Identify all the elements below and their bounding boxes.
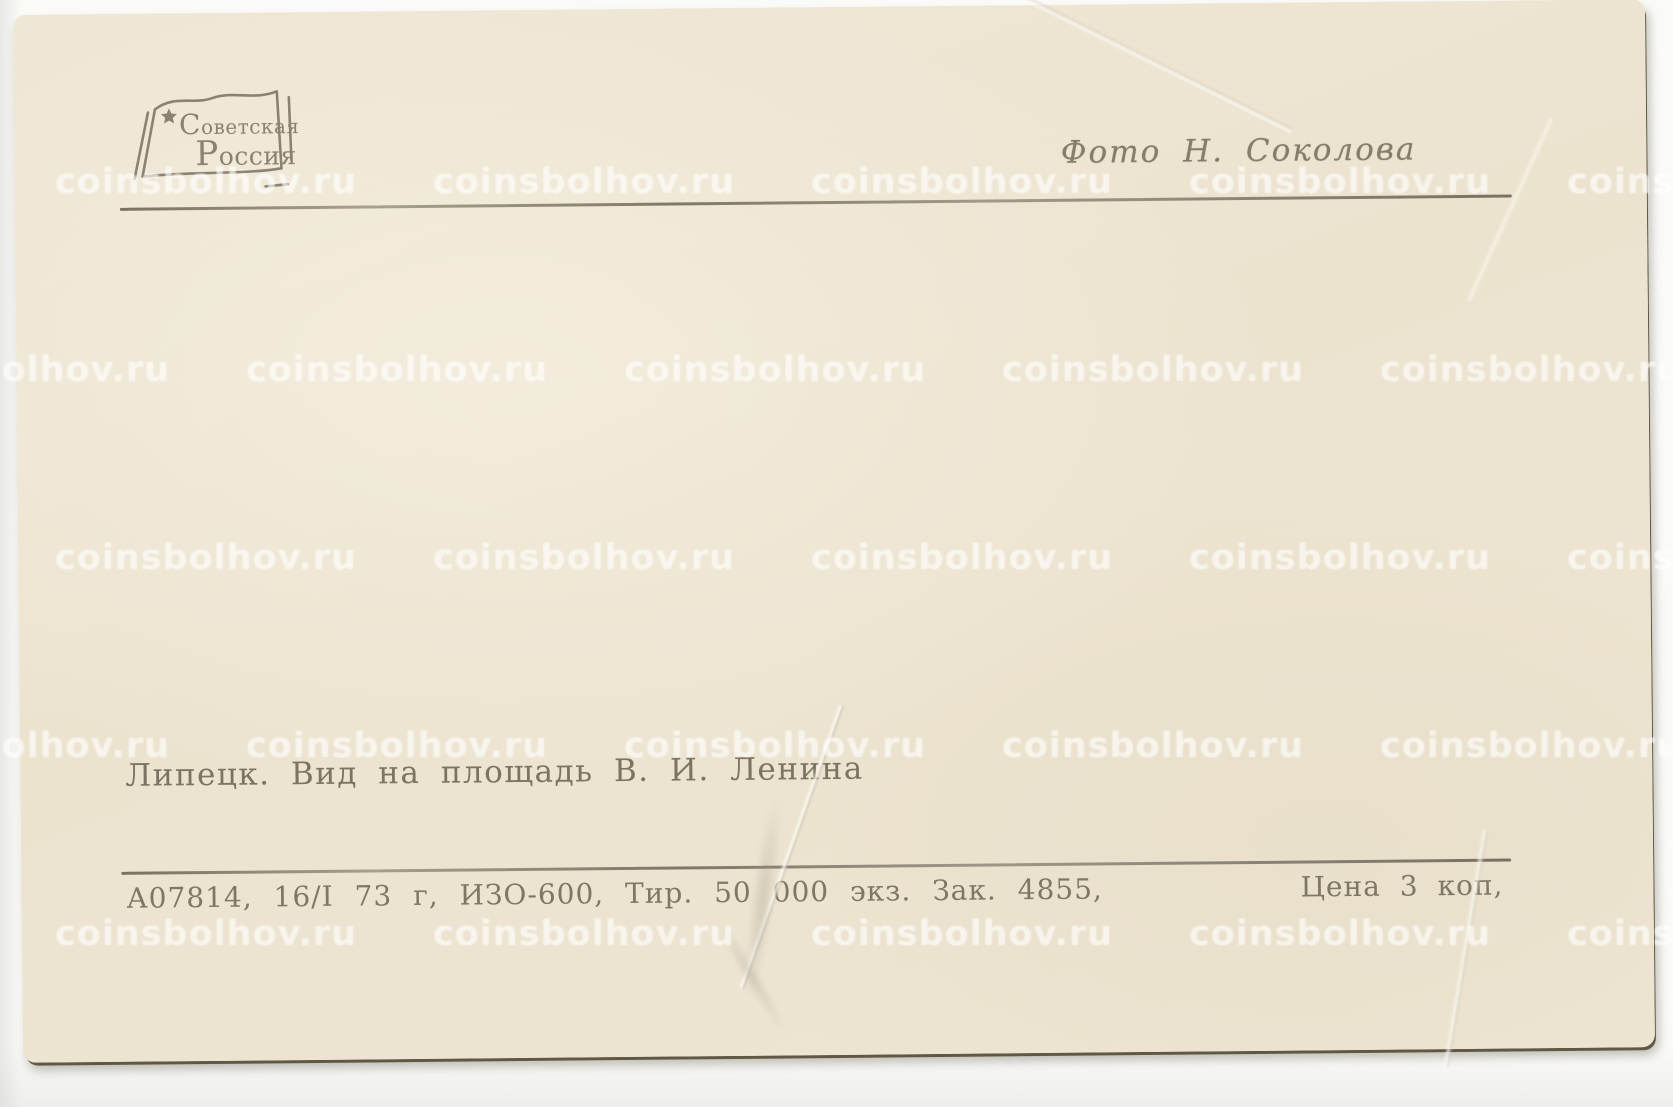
- crease-bottom-center: [738, 705, 844, 990]
- logo-text-line2: Россия: [195, 133, 297, 174]
- postcard-caption: Липецк. Вид на площадь В. И. Ленина: [125, 751, 864, 794]
- star-icon: [161, 108, 177, 123]
- scuff-bottom-center-2: [706, 908, 798, 1046]
- scanned-postcard-back: Советская Россия Фото Н. Соколова Липецк…: [0, 0, 1673, 1107]
- top-divider-rule: [120, 194, 1512, 210]
- postcard: Советская Россия Фото Н. Соколова Липецк…: [13, 0, 1655, 1063]
- photo-credit: Фото Н. Соколова: [1061, 131, 1417, 170]
- crease-top-right: [1004, 0, 1294, 135]
- publisher-logo-sovetskaya-rossiya-icon: Советская Россия: [117, 80, 308, 197]
- crease-right-upper: [1466, 118, 1554, 303]
- imprint-line: А07814, 16/I 73 г, ИЗО-600, Тир. 50 000 …: [126, 872, 1103, 914]
- crease-right: [1443, 830, 1489, 1068]
- price-label: Цена 3 коп,: [1300, 869, 1503, 904]
